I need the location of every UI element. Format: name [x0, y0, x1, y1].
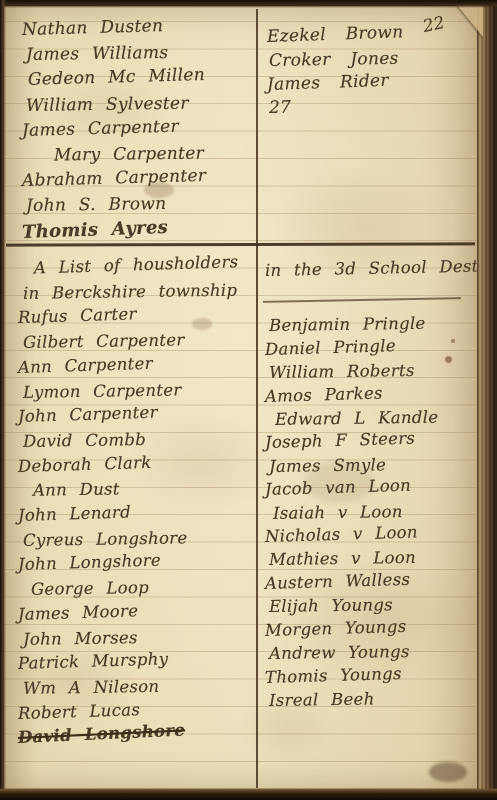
- count-number: 27: [269, 94, 469, 121]
- section-bottom-left: A List of housholders in Berckshire town…: [18, 257, 258, 751]
- handwritten-name: Nathan Dusten: [22, 11, 258, 43]
- section-top-right: Ezekel Brown Croker Jones James Rider 27: [267, 26, 467, 121]
- section-top-left: Nathan Dusten James Williams Gedeon Mc M…: [22, 18, 257, 245]
- handwritten-name: Joseph F Steers: [265, 425, 480, 455]
- handwritten-name: Isreal Beeh: [269, 686, 483, 712]
- ledger-photo: 22 Nathan Dusten James Williams Gedeon M…: [0, 0, 497, 800]
- handwritten-name: Gedeon Mc Millen: [22, 62, 258, 94]
- section-bottom-right: in the 3d School Destrict Benjamin Pring…: [265, 259, 479, 712]
- handwritten-name: Abraham Carpenter: [22, 163, 258, 195]
- handwritten-name: Nicholas v Loon: [265, 519, 480, 549]
- district-heading: in the 3d School Destrict: [265, 255, 479, 283]
- handwritten-name: James Carpenter: [22, 112, 258, 144]
- ledger-page: 22 Nathan Dusten James Williams Gedeon M…: [4, 6, 477, 792]
- handwritten-name: Jacob van Loon: [265, 472, 480, 502]
- corner-fold: [457, 5, 483, 37]
